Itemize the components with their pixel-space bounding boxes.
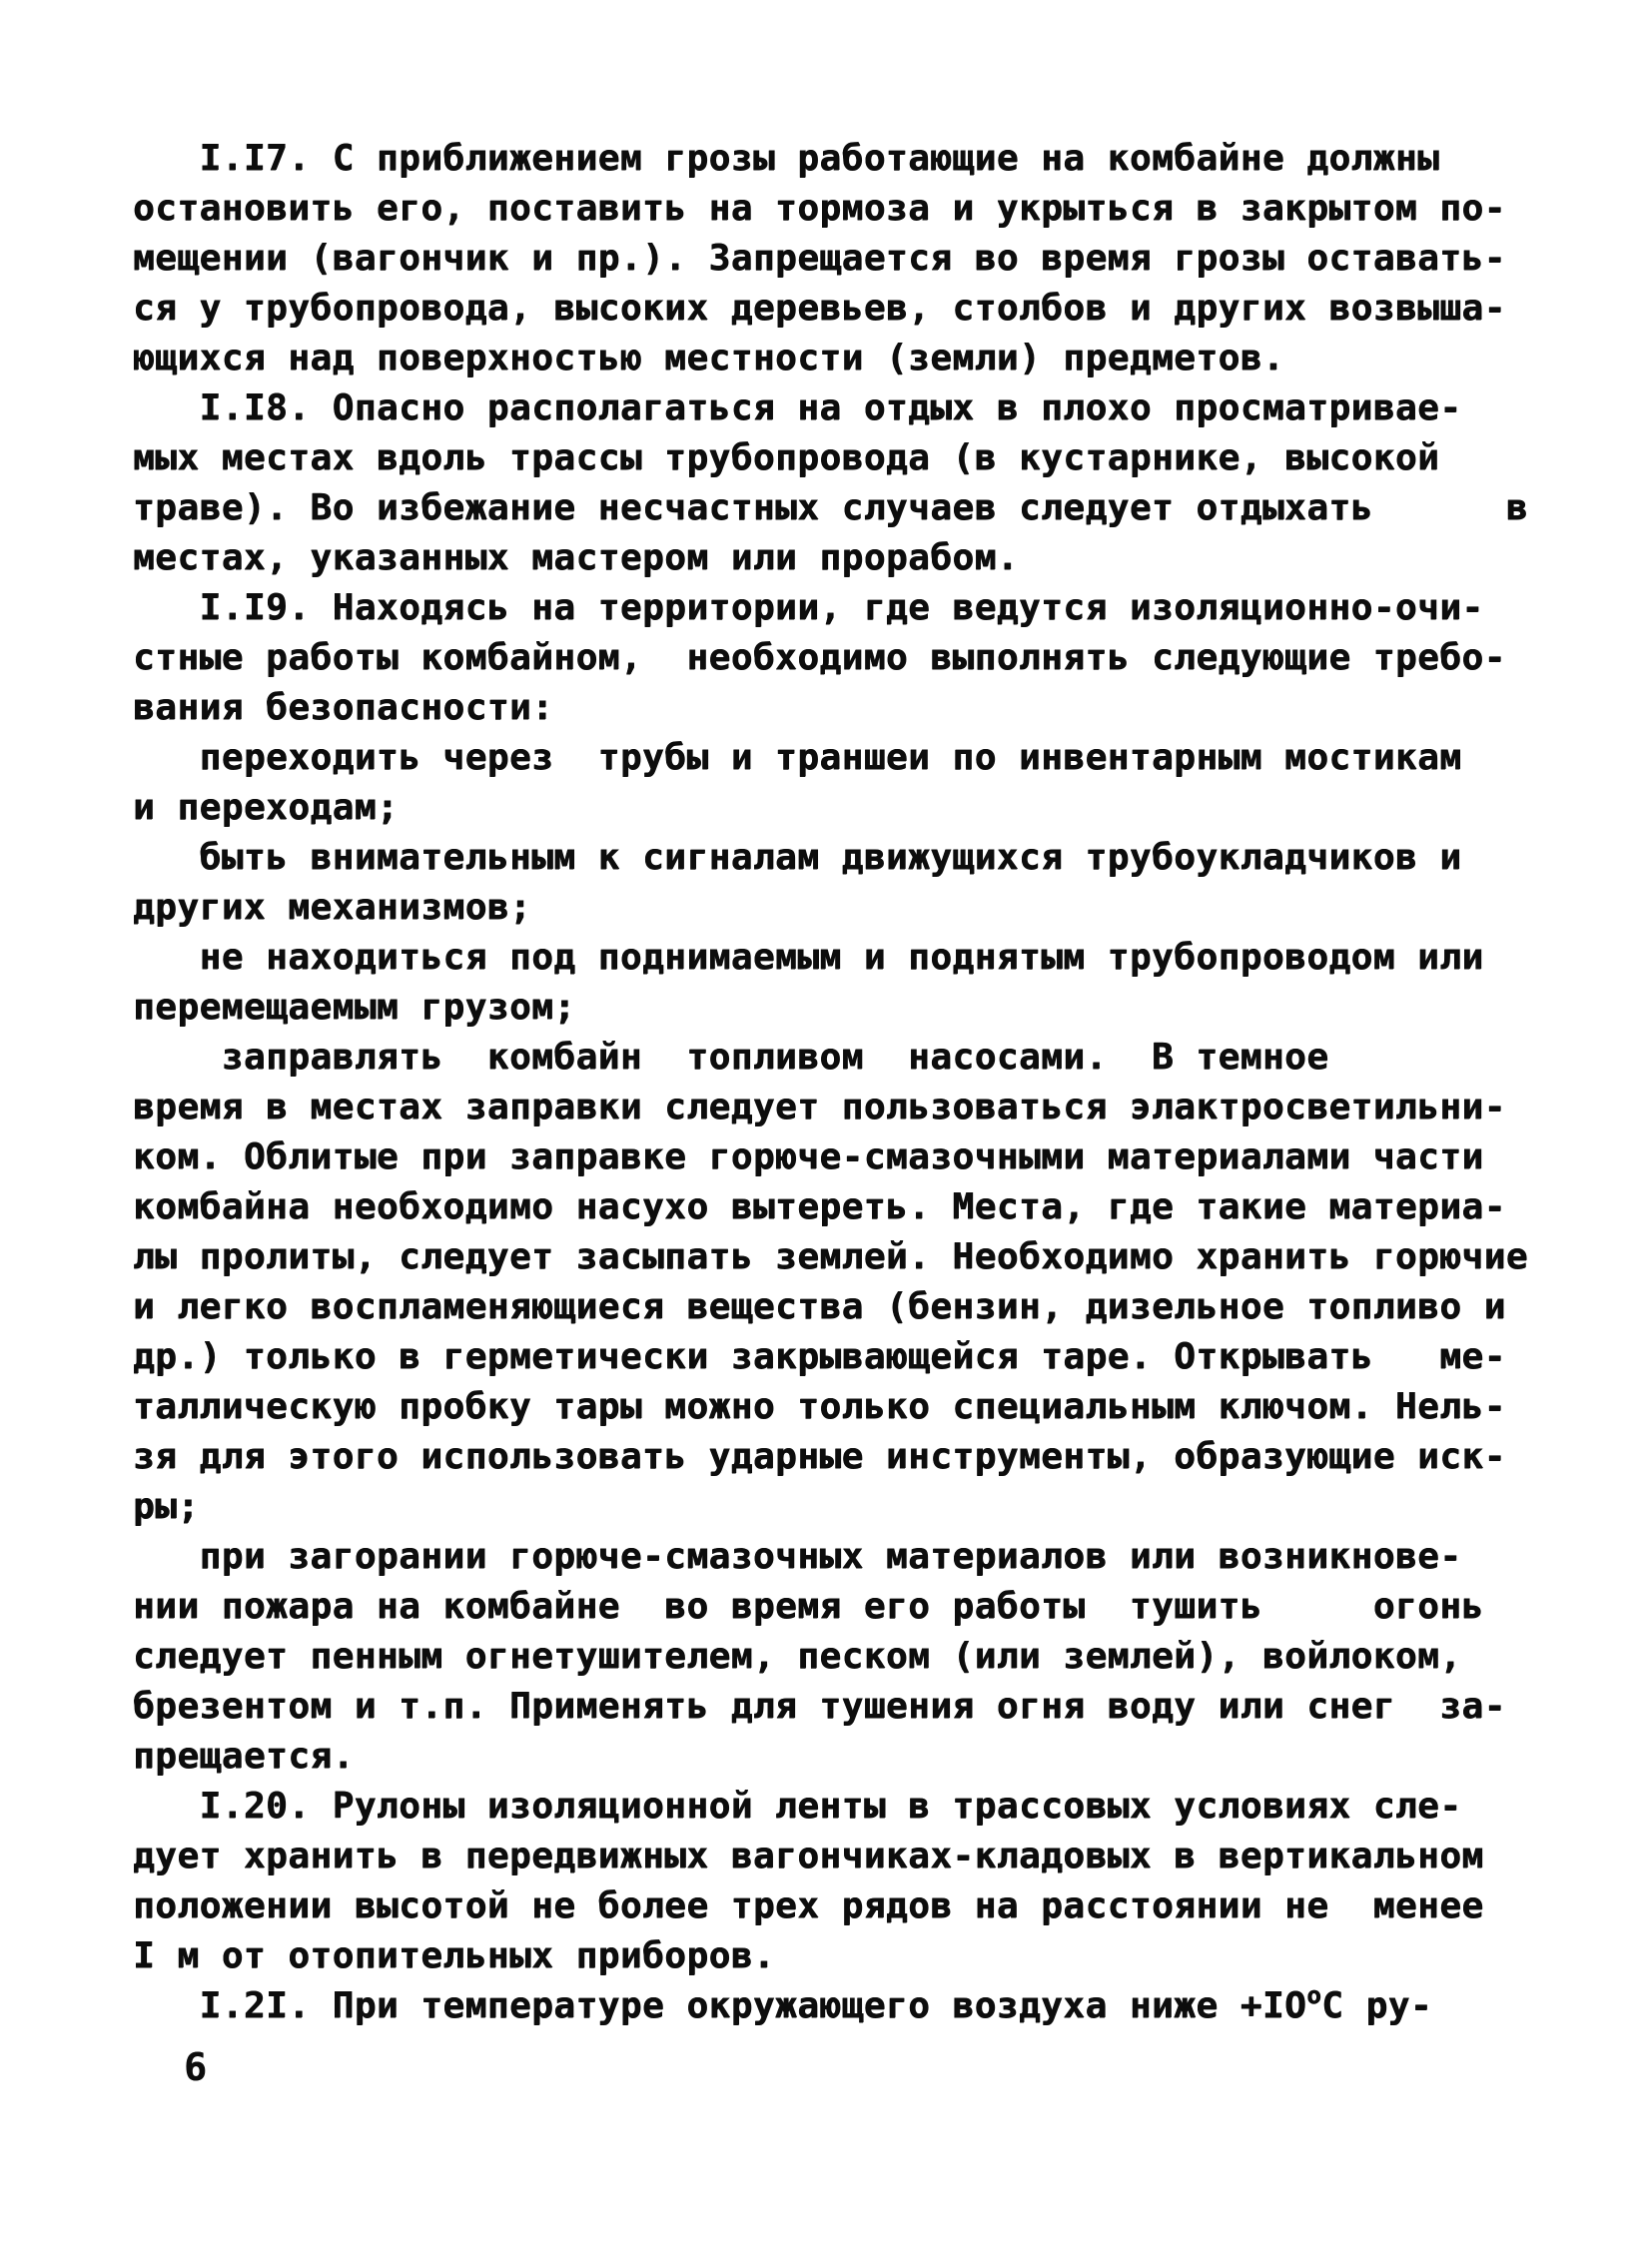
text-line: лы пролиты, следует засыпать землей. Нео… (133, 1232, 1591, 1282)
text-line: комбайна необходимо насухо вытереть. Мес… (133, 1182, 1591, 1232)
text-line: мых местах вдоль трассы трубопровода (в … (133, 433, 1591, 483)
text-line: I.20. Рулоны изоляционной ленты в трассо… (133, 1782, 1591, 1832)
text-line: I.2I. При температуре окружающего воздух… (133, 1981, 1591, 2031)
text-line: и легко воспламеняющиеся вещества (бензи… (133, 1282, 1591, 1332)
text-line: I м от отопительных приборов. (133, 1931, 1591, 1981)
text-line: местах, указанных мастером или прорабом. (133, 533, 1591, 583)
text-line: ры; (133, 1482, 1591, 1532)
text-line: перемещаемым грузом; (133, 983, 1591, 1033)
text-line: брезентом и т.п. Применять для тушения о… (133, 1682, 1591, 1732)
text-line: таллическую пробку тары можно только спе… (133, 1382, 1591, 1432)
text-line: траве). Во избежание несчастных случаев … (133, 483, 1591, 533)
text-line: зя для этого использовать ударные инстру… (133, 1432, 1591, 1482)
text-line: ющихся над поверхностью местности (земли… (133, 334, 1591, 383)
text-line: мещении (вагончик и пр.). Запрещается во… (133, 234, 1591, 284)
text-line: дует хранить в передвижных вагончиках-кл… (133, 1832, 1591, 1881)
text-line: I.I8. Опасно располагаться на отдых в пл… (133, 383, 1591, 433)
text-line: следует пенным огнетушителем, песком (ил… (133, 1632, 1591, 1682)
text-line: вания безопасности: (133, 683, 1591, 733)
text-line: заправлять комбайн топливом насосами. В … (133, 1033, 1591, 1083)
text-line: ком. Облитые при заправке горюче-смазочн… (133, 1132, 1591, 1182)
page-number: 6 (184, 2045, 207, 2089)
text-line: переходить через трубы и траншеи по инве… (133, 733, 1591, 783)
text-line: при загорании горюче-смазочных материало… (133, 1532, 1591, 1582)
text-line: и переходам; (133, 783, 1591, 833)
text-line: положении высотой не более трех рядов на… (133, 1881, 1591, 1931)
degree-superscript: о (1306, 1981, 1321, 2009)
text-line: стные работы комбайном, необходимо выпол… (133, 633, 1591, 683)
text-line: прещается. (133, 1732, 1591, 1782)
text-line: остановить его, поставить на тормоза и у… (133, 184, 1591, 234)
text-line: I.I7. С приближением грозы работающие на… (133, 134, 1591, 184)
text-line: др.) только в герметически закрывающейся… (133, 1332, 1591, 1382)
text-line: других механизмов; (133, 883, 1591, 933)
text-line: быть внимательным к сигналам движущихся … (133, 833, 1591, 883)
text-line: I.I9. Находясь на территории, где ведутс… (133, 583, 1591, 633)
text-line: нии пожара на комбайне во время его рабо… (133, 1582, 1591, 1632)
text-line: ся у трубопровода, высоких деревьев, сто… (133, 284, 1591, 334)
document-page: I.I7. С приближением грозы работающие на… (0, 0, 1652, 2241)
text-block: I.I7. С приближением грозы работающие на… (133, 134, 1591, 2031)
text-line: время в местах заправки следует пользова… (133, 1083, 1591, 1132)
text-line: не находиться под поднимаемым и поднятым… (133, 933, 1591, 983)
